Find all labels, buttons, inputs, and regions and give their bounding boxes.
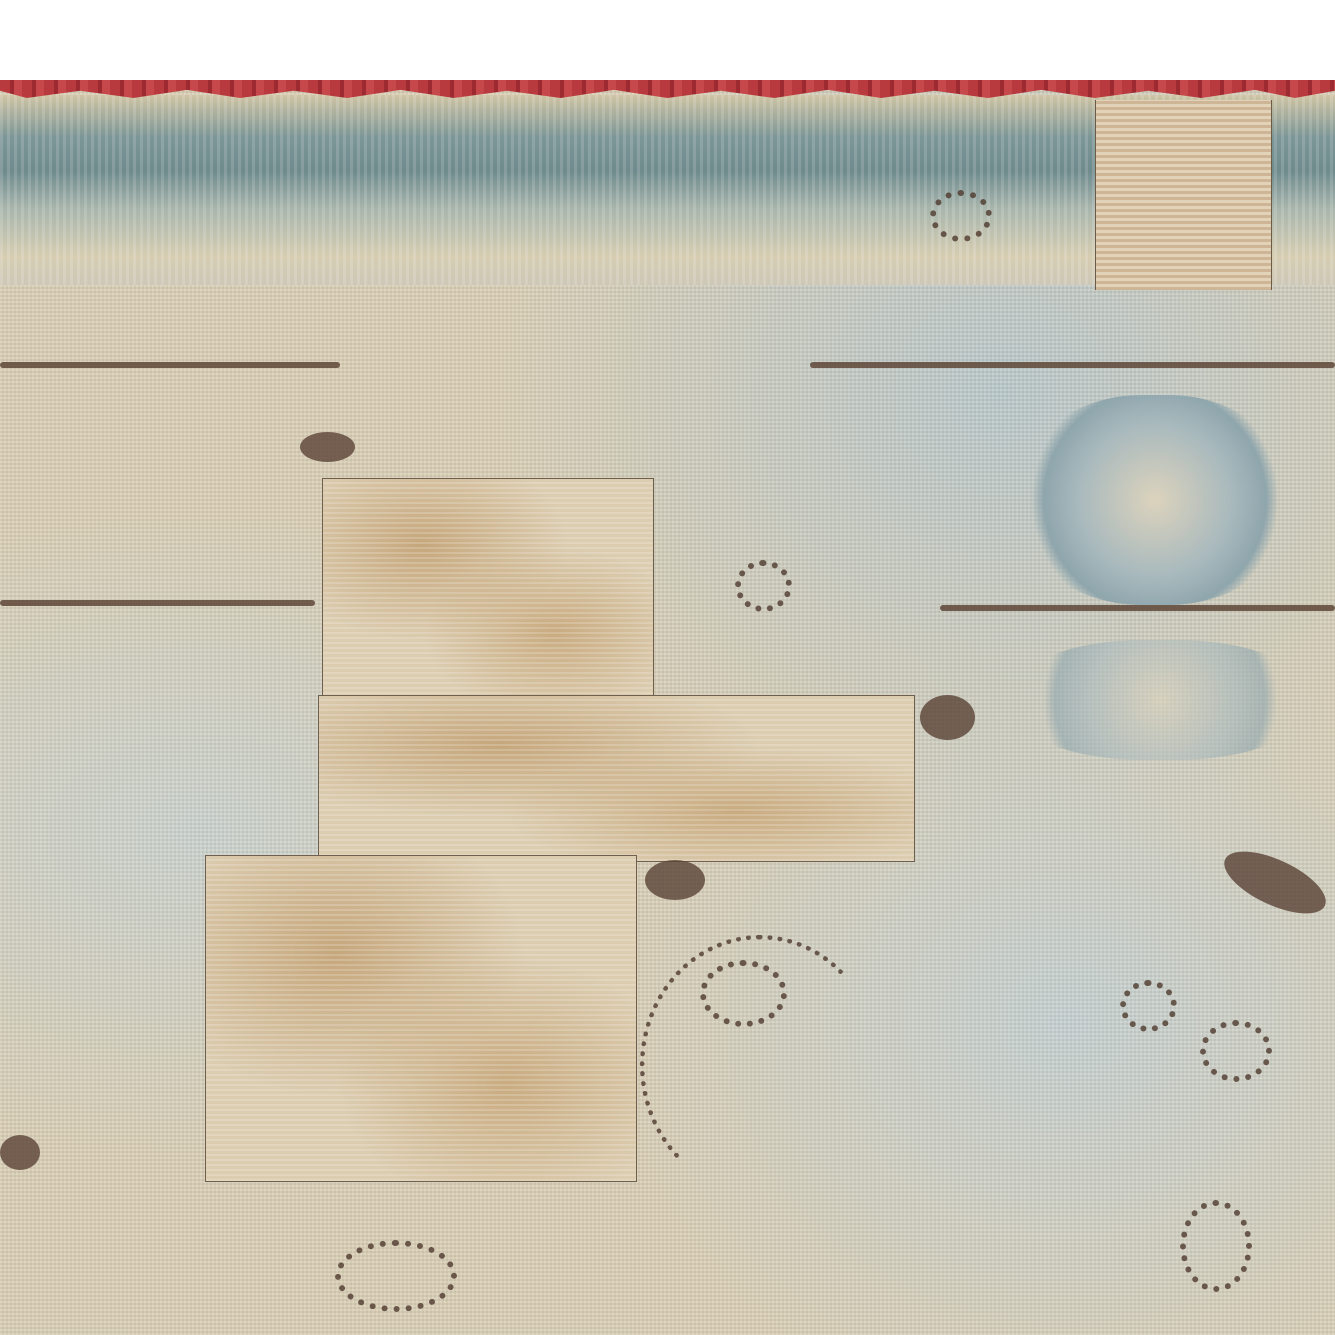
inner-border-line-top-right <box>810 362 1335 368</box>
floral-motif <box>1180 1200 1252 1292</box>
leaf-motif <box>0 1135 40 1170</box>
inner-border-line-top-left <box>0 362 340 368</box>
leaf-motif <box>920 695 975 740</box>
floral-motif <box>735 560 792 612</box>
border-repair-patch <box>1095 100 1272 290</box>
blue-medallion-motif <box>1020 395 1290 605</box>
patch-upper <box>322 478 654 700</box>
patch-middle <box>318 695 915 862</box>
inner-border-line-bottom-left <box>0 600 315 606</box>
blue-motif-right-lower <box>1010 640 1310 760</box>
floral-motif <box>1200 1020 1272 1082</box>
floral-motif <box>1120 980 1177 1032</box>
floral-motif <box>930 190 992 242</box>
vine-arc-motif <box>640 935 880 1195</box>
leaf-motif <box>645 860 705 900</box>
floral-motif <box>335 1240 457 1312</box>
inner-border-line-bottom-right <box>940 605 1335 611</box>
patch-lower <box>205 855 637 1182</box>
rug-photo <box>0 0 1335 1335</box>
leaf-motif <box>300 432 355 462</box>
